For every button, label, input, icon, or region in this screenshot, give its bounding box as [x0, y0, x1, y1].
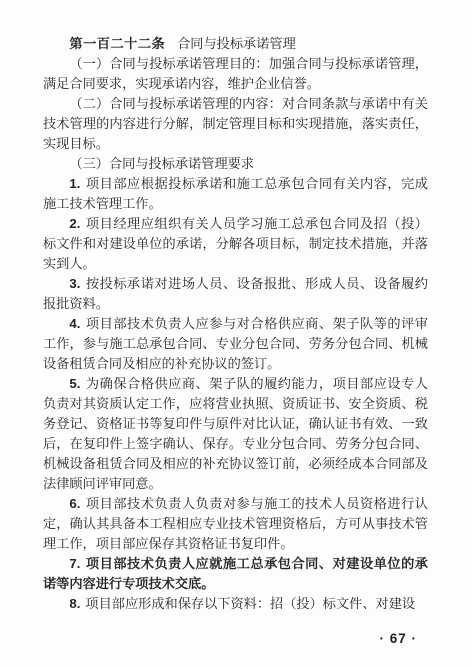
item-text: 项目部应形成和保存以下资料：招（投）标文件、对建设	[85, 596, 415, 611]
item-number: 6.	[69, 496, 80, 511]
item-paragraph-8: 8.项目部应形成和保存以下资料：招（投）标文件、对建设	[43, 594, 428, 614]
document-body: 第一百二十二条合同与投标承诺管理 （一）合同与投标承诺管理目的：加强合同与投标承…	[43, 34, 428, 614]
article-heading: 第一百二十二条合同与投标承诺管理	[43, 34, 428, 54]
item-number: 3.	[69, 276, 80, 291]
document-page: 第一百二十二条合同与投标承诺管理 （一）合同与投标承诺管理目的：加强合同与投标承…	[0, 0, 472, 669]
item-text: 项目部技术负责人应就施工总承包合同、对建设单位的承诺等内容进行专项技术交底。	[43, 556, 428, 591]
item-paragraph-6: 6.项目部技术负责人负责对参与施工的技术人员资格进行认定，确认其具备本工程相应专…	[43, 494, 428, 554]
item-text: 项目经理应组织有关人员学习施工总承包合同及招（投）标文件和对建设单位的承诺，分解…	[43, 216, 428, 271]
article-title: 合同与投标承诺管理	[177, 36, 296, 51]
item-paragraph-1: 1.项目部应根据投标承诺和施工总承包合同有关内容，完成施工技术管理工作。	[43, 174, 428, 214]
item-number: 1.	[69, 176, 80, 191]
item-number: 2.	[69, 216, 80, 231]
item-text: 为确保合格供应商、架子队的履约能力，项目部应设专人负责对其资质认定工作，应将营业…	[43, 376, 428, 491]
item-paragraph-5: 5.为确保合格供应商、架子队的履约能力，项目部应设专人负责对其资质认定工作，应将…	[43, 374, 428, 494]
item-text: 按投标承诺对进场人员、设备报批、形成人员、设备履约报批资料。	[43, 276, 428, 311]
item-paragraph-3: 3.按投标承诺对进场人员、设备报批、形成人员、设备履约报批资料。	[43, 274, 428, 314]
section-paragraph-3: （三）合同与投标承诺管理要求	[43, 154, 428, 174]
item-paragraph-2: 2.项目经理应组织有关人员学习施工总承包合同及招（投）标文件和对建设单位的承诺，…	[43, 214, 428, 274]
page-number: · 67 ·	[379, 629, 417, 649]
item-text: 项目部技术负责人负责对参与施工的技术人员资格进行认定，确认其具备本工程相应专业技…	[43, 496, 428, 551]
item-paragraph-7: 7.项目部技术负责人应就施工总承包合同、对建设单位的承诺等内容进行专项技术交底。	[43, 554, 428, 594]
item-text: 项目部技术负责人应参与对合格供应商、架子队等的评审工作，参与施工总承包合同、专业…	[43, 316, 428, 371]
section-paragraph-2: （二）合同与投标承诺管理的内容：对合同条款与承诺中有关技术管理的内容进行分解，制…	[43, 94, 428, 154]
item-paragraph-4: 4.项目部技术负责人应参与对合格供应商、架子队等的评审工作，参与施工总承包合同、…	[43, 314, 428, 374]
item-number: 4.	[69, 316, 80, 331]
article-number: 第一百二十二条	[69, 36, 165, 51]
item-number: 5.	[69, 376, 80, 391]
item-number: 8.	[69, 596, 80, 611]
item-text: 项目部应根据投标承诺和施工总承包合同有关内容，完成施工技术管理工作。	[43, 176, 428, 211]
item-number: 7.	[69, 556, 80, 571]
section-paragraph-1: （一）合同与投标承诺管理目的：加强合同与投标承诺管理，满足合同要求，实现承诺内容…	[43, 54, 428, 94]
